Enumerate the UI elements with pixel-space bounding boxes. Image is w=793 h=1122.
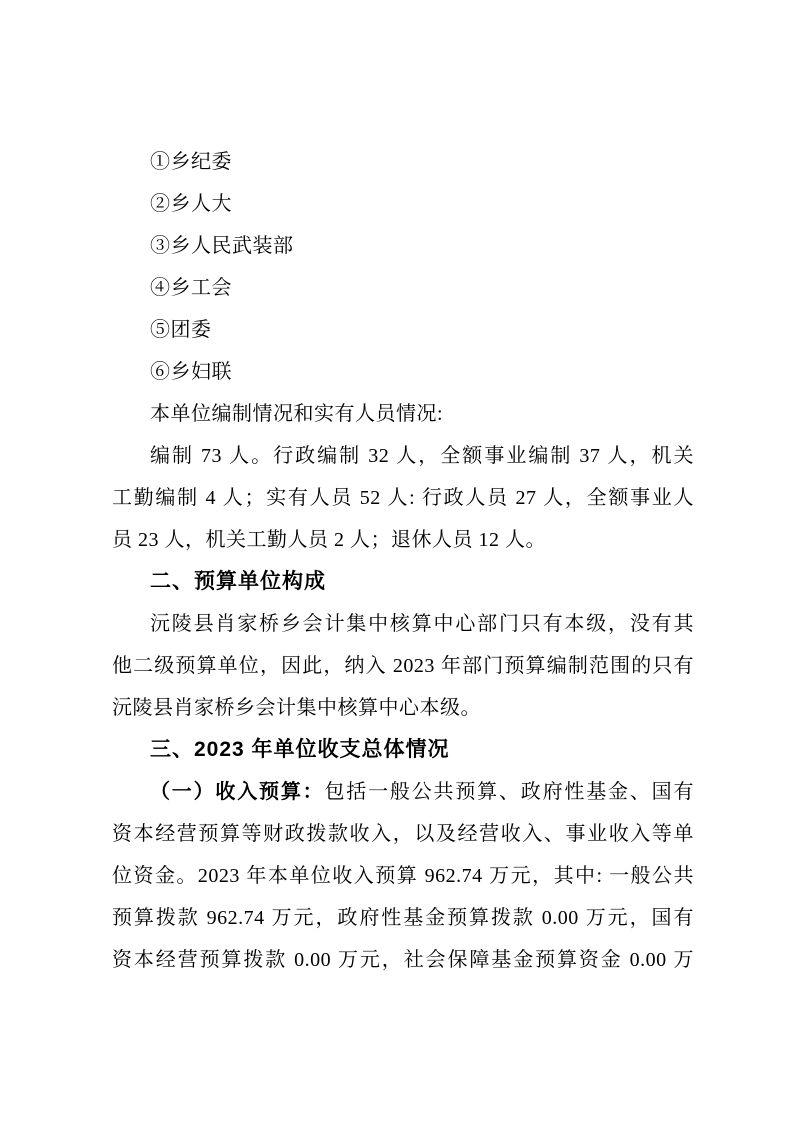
- staffing-intro: 本单位编制情况和实有人员情况:: [112, 393, 694, 435]
- org-list-item-4: ④乡工会: [112, 267, 694, 309]
- org-list-item-2: ②乡人大: [112, 183, 694, 225]
- section-2-heading: 二、预算单位构成: [112, 561, 694, 603]
- income-paragraph-line-3: 位资金。2023 年本单位收入预算 962.74 万元，其中: 一般公共: [112, 855, 694, 897]
- section-3-heading: 三、2023 年单位收支总体情况: [112, 729, 694, 771]
- income-paragraph-line-5: 资本经营预算拨款 0.00 万元，社会保障基金预算资金 0.00 万: [112, 939, 694, 981]
- staffing-paragraph-line-3: 员 23 人，机关工勤人员 2 人；退休人员 12 人。: [112, 519, 694, 561]
- section-2-paragraph-line-2: 他二级预算单位，因此，纳入 2023 年部门预算编制范围的只有: [112, 645, 694, 687]
- section-2-paragraph-line-3: 沅陵县肖家桥乡会计集中核算中心本级。: [112, 687, 694, 729]
- income-paragraph-lead: （一）收入预算：: [150, 781, 325, 803]
- income-paragraph-line-1: （一）收入预算：包括一般公共预算、政府性基金、国有: [112, 771, 694, 813]
- section-2-paragraph-line-1: 沅陵县肖家桥乡会计集中核算中心部门只有本级，没有其: [112, 603, 694, 645]
- income-paragraph-line-4: 预算拨款 962.74 万元，政府性基金预算拨款 0.00 万元，国有: [112, 897, 694, 939]
- org-list-item-3: ③乡人民武装部: [112, 225, 694, 267]
- income-paragraph-line-2: 资本经营预算等财政拨款收入，以及经营收入、事业收入等单: [112, 813, 694, 855]
- org-list-item-5: ⑤团委: [112, 309, 694, 351]
- org-list-item-1: ①乡纪委: [112, 141, 694, 183]
- org-list-item-6: ⑥乡妇联: [112, 351, 694, 393]
- staffing-paragraph-line-1: 编制 73 人。行政编制 32 人，全额事业编制 37 人，机关: [112, 435, 694, 477]
- staffing-paragraph-line-2: 工勤编制 4 人；实有人员 52 人: 行政人员 27 人，全额事业人: [112, 477, 694, 519]
- income-paragraph-text: 包括一般公共预算、政府性基金、国有: [325, 781, 695, 803]
- document-page: ①乡纪委 ②乡人大 ③乡人民武装部 ④乡工会 ⑤团委 ⑥乡妇联 本单位编制情况和…: [112, 141, 694, 981]
